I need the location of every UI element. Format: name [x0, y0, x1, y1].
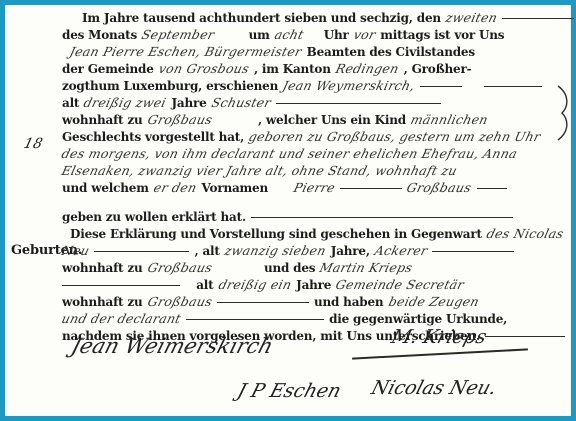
handwritten-text: Ackerer: [373, 242, 430, 259]
handwritten-text: und der declarant: [60, 310, 183, 327]
document-line: des morgens, von ihm declarant und seine…: [62, 144, 562, 161]
document-line: wohnhaft zu Großbaus und haben beide Zeu…: [62, 292, 562, 309]
handwritten-text: des morgens, von ihm declarant und seine…: [60, 145, 519, 162]
document-line: geben zu wollen erklärt hat.: [62, 207, 562, 224]
printed-form-text: wohnhaft zu: [62, 113, 143, 127]
fill-in-rule: [340, 188, 402, 189]
pen-flourish: [556, 84, 570, 142]
printed-form-text: alt: [196, 278, 213, 292]
printed-form-text: , Großher-: [404, 62, 472, 76]
handwritten-text: September: [140, 26, 217, 43]
printed-form-text: alt: [62, 96, 79, 110]
signature-m-krieps: M. Krieps: [389, 326, 489, 348]
handwritten-text: dreißig ein: [216, 276, 293, 293]
document-line: alt dreißig zwei Jahre Schuster: [62, 93, 562, 110]
printed-form-text: Jahre: [171, 96, 206, 110]
handwritten-text: Elsenaken, zwanzig vier Jahre alt, ohne …: [60, 162, 459, 179]
handwritten-text: zwanzig sieben: [223, 242, 328, 259]
scanned-birth-record: 18 Geburten. Im Jahre tausend achthunder…: [0, 0, 576, 421]
document-line: und welchem er den Vornamen Pierre Großb…: [62, 178, 562, 195]
document-line: des Monats September um acht Uhr vor mit…: [62, 25, 562, 42]
printed-form-text: , im Kanton: [254, 62, 331, 76]
document-line: Im Jahre tausend achthundert sieben und …: [62, 8, 562, 25]
printed-form-text: Vornamen: [202, 181, 269, 195]
handwritten-text: Gemeinde Secretär: [334, 276, 466, 293]
fill-in-rule: [432, 251, 514, 252]
printed-form-text: Uhr: [324, 28, 349, 42]
printed-form-text: und haben: [314, 295, 383, 309]
printed-form-text: der Gemeinde: [62, 62, 154, 76]
printed-form-text: des Monats: [62, 28, 137, 42]
handwritten-text: Jean Weymerskirch,: [281, 77, 417, 94]
document-line: und der declarant die gegenwärtige Urkun…: [62, 309, 562, 326]
handwritten-text: Großbaus: [145, 111, 213, 128]
printed-form-text: Im Jahre tausend achthundert sieben und …: [82, 11, 441, 25]
document-lines: Im Jahre tausend achthundert sieben und …: [62, 8, 562, 343]
fill-in-rule: [502, 18, 574, 19]
document-line: Diese Erklärung und Vorstellung sind ges…: [62, 224, 562, 241]
printed-form-text: um: [249, 28, 270, 42]
printed-form-text: Jahre: [296, 278, 331, 292]
handwritten-text: dreißig zwei: [82, 94, 168, 111]
printed-form-text: wohnhaft zu: [62, 261, 143, 275]
document-line: Neu , alt zwanzig sieben Jahre, Ackerer: [62, 241, 562, 258]
printed-form-text: und des: [264, 261, 315, 275]
fill-in-rule: [420, 86, 462, 87]
printed-form-text: , alt: [194, 244, 219, 258]
printed-form-text: geben zu wollen erklärt hat.: [62, 210, 246, 224]
handwritten-text: geboren zu Großbaus, gestern um zehn Uhr: [247, 128, 543, 145]
printed-form-text: Jahre,: [331, 244, 370, 258]
fill-in-rule: [62, 285, 180, 286]
document-line: Jean Pierre Eschen, Bürgermeister Beamte…: [62, 42, 562, 59]
document-line: alt dreißig ein Jahre Gemeinde Secretär: [62, 275, 562, 292]
printed-form-text: , welcher Uns ein Kind: [258, 113, 406, 127]
printed-form-text: die gegenwärtige Urkunde,: [329, 312, 507, 326]
signature-jp-eschen: J P Eschen: [235, 380, 344, 402]
signature-jean-weimerskirch: Jean Weimerskirch: [69, 334, 276, 358]
handwritten-text: Redingen: [334, 60, 401, 77]
handwritten-text: Schuster: [210, 94, 273, 111]
printed-form-text: Beamten des Civilstandes: [307, 45, 475, 59]
fill-in-rule: [217, 302, 309, 303]
handwritten-text: Neu: [60, 242, 92, 259]
printed-form-text: Diese Erklärung und Vorstellung sind ges…: [70, 227, 482, 241]
handwritten-text: beide Zeugen: [386, 293, 480, 310]
document-line: der Gemeinde von Grosbous , im Kanton Re…: [62, 59, 562, 76]
fill-in-rule: [485, 336, 565, 337]
handwritten-text: Großbaus: [145, 259, 213, 276]
fill-in-rule: [94, 251, 189, 252]
fill-in-rule: [477, 188, 507, 189]
printed-form-text: mittags ist vor Uns: [380, 28, 504, 42]
document-line: Geschlechts vorgestellt hat, geboren zu …: [62, 127, 562, 144]
document-line: wohnhaft zu Großbaus und des Martin Krie…: [62, 258, 562, 275]
fill-in-rule: [276, 103, 441, 104]
handwritten-text: Martin Krieps: [318, 259, 415, 276]
fill-in-rule: [251, 217, 513, 218]
handwritten-text: des Nicolas: [485, 225, 566, 242]
document-line: wohnhaft zu Großbaus , welcher Uns ein K…: [62, 110, 562, 127]
handwritten-text: vor: [352, 26, 378, 43]
document-line: Elsenaken, zwanzig vier Jahre alt, ohne …: [62, 161, 562, 178]
handwritten-text: Großbaus: [405, 179, 473, 196]
signature-nicolas-neu: Nicolas Neu.: [369, 377, 499, 399]
fill-in-rule: [484, 86, 542, 87]
handwritten-text: männlichen: [409, 111, 490, 128]
handwritten-text: Pierre: [292, 179, 337, 196]
handwritten-text: Großbaus: [145, 293, 213, 310]
handwritten-text: von Grosbous: [157, 60, 251, 77]
handwritten-text: zweiten: [444, 9, 500, 26]
printed-form-text: Geschlechts vorgestellt hat,: [62, 130, 244, 144]
document-line: zogthum Luxemburg, erschienen Jean Weyme…: [62, 76, 562, 93]
handwritten-text: er den: [152, 179, 199, 196]
handwritten-text: acht: [273, 26, 306, 43]
printed-form-text: und welchem: [62, 181, 149, 195]
fill-in-rule: [186, 319, 324, 320]
handwritten-text: Jean Pierre Eschen, Bürgermeister: [68, 43, 304, 60]
printed-form-text: wohnhaft zu: [62, 295, 143, 309]
printed-form-text: zogthum Luxemburg, erschienen: [62, 79, 278, 93]
